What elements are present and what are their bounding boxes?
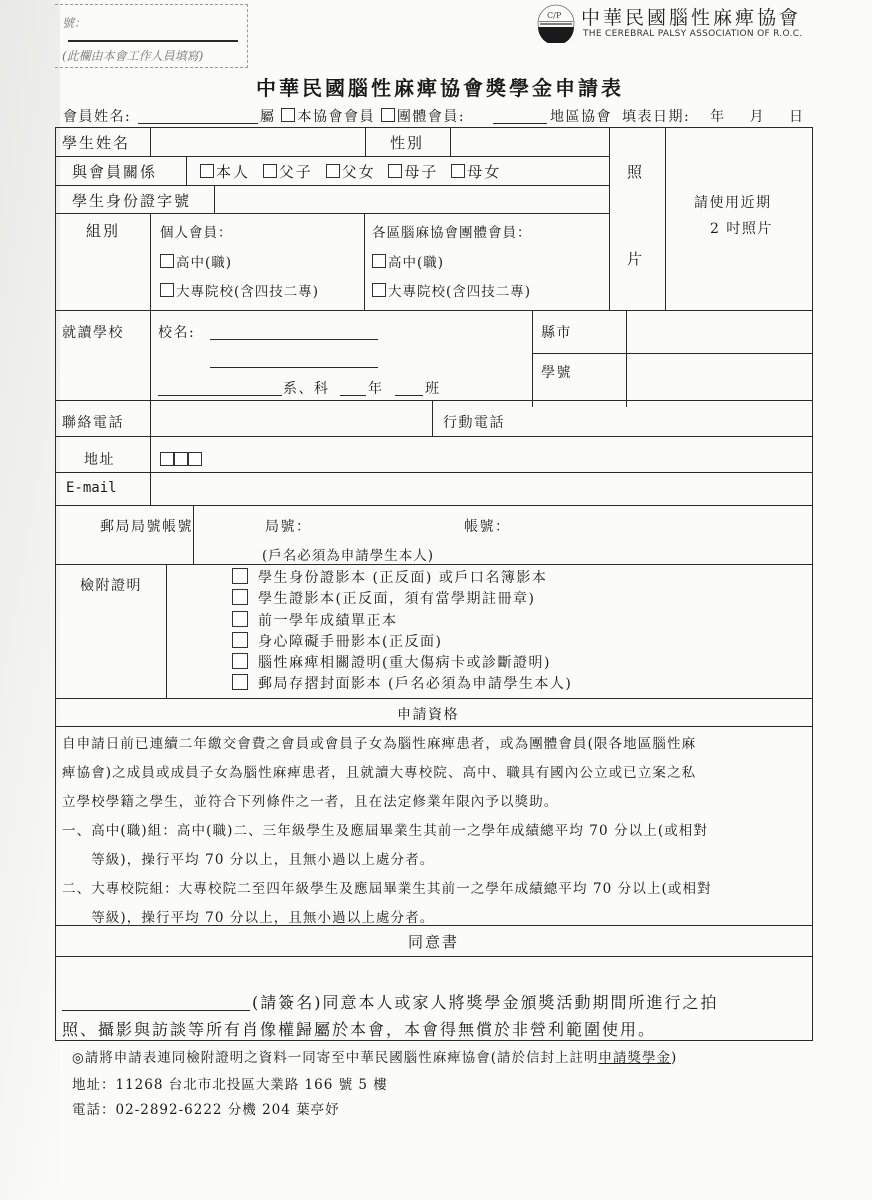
row-divider [55, 956, 813, 957]
class-label: 班 [425, 378, 441, 398]
row-divider [55, 472, 813, 473]
col-divider [150, 310, 151, 505]
col-divider [214, 185, 215, 213]
relation-option-mother-son[interactable]: 母子 [388, 163, 438, 181]
attachments-list: 學生身份證影本 (正反面) 或戶口名簿影本 學生證影本(正反面，須有當學期註冊章… [232, 568, 572, 696]
student-id-field[interactable] [216, 187, 606, 211]
address-label: 地址 [84, 449, 115, 469]
consent-heading: 同意書 [408, 931, 459, 952]
class-field[interactable] [395, 395, 423, 396]
group-option-college[interactable]: 大專院校(含四技二專) [372, 280, 531, 300]
account-number-field[interactable] [530, 510, 808, 534]
row-divider [55, 156, 610, 157]
eligibility-heading: 申請資格 [397, 704, 459, 724]
col-divider [626, 310, 627, 407]
cerebral-palsy-association-logo-icon: C/P [535, 3, 577, 43]
group-label: 組別 [86, 220, 120, 241]
school-name-field-line2[interactable] [210, 367, 378, 368]
checkbox-group-member[interactable] [381, 108, 395, 122]
row-divider [55, 726, 813, 727]
col-divider [609, 127, 610, 310]
row-divider [532, 353, 813, 354]
relation-options: 本人 父子 父女 母子 母女 [200, 161, 501, 182]
table-border-top [55, 127, 813, 128]
col-divider [532, 310, 533, 407]
belongs-label: 屬 本協會會員 團體會員: [260, 106, 465, 126]
col-divider [665, 127, 666, 310]
photo-label-bottom: 片 [627, 248, 644, 269]
eligibility-text: 自申請日前已連續二年繳交會費之會員或會員子女為腦性麻痺患者，或為團體會員(限各地… [62, 730, 712, 933]
city-field[interactable] [628, 312, 810, 352]
col-divider [150, 127, 151, 156]
col-divider [365, 127, 366, 156]
email-field[interactable] [152, 474, 810, 503]
consent-text-line1: (請簽名)同意本人或家人將獎學金頒獎活動期間所進行之拍 [252, 990, 719, 1013]
grade-label: 年 [368, 378, 384, 398]
school-name-field[interactable] [210, 339, 378, 340]
col-divider [150, 213, 151, 310]
relation-label: 與會員關係 [72, 161, 157, 182]
branch-number-label: 局號： [265, 516, 312, 536]
attachment-item[interactable]: 前一學年成績單正本 [232, 611, 572, 632]
table-border-bottom [55, 1040, 813, 1041]
relation-option-father-son[interactable]: 父子 [263, 163, 313, 181]
attachment-item[interactable]: 身心障礙手冊影本(正反面) [232, 632, 572, 653]
gender-field[interactable] [453, 130, 607, 154]
form-title: 中華民國腦性麻痺協會獎學金申請表 [256, 72, 624, 101]
member-name-field[interactable] [138, 123, 258, 124]
row-divider [55, 213, 610, 214]
grade-field[interactable] [340, 395, 366, 396]
school-label: 就讀學校 [62, 322, 124, 342]
group-member-label: 各區腦麻協會團體會員： [372, 221, 532, 241]
table-border-left [55, 127, 56, 1041]
school-name-label: 校名: [158, 322, 195, 342]
attachments-label: 檢附證明 [80, 575, 142, 595]
gender-label: 性別 [390, 132, 424, 153]
photo-label-top: 照 [627, 161, 644, 182]
association-phone: 電話：02-2892-6222 分機 204 葉亭妤 [72, 1098, 340, 1118]
individual-member-label: 個人會員： [160, 221, 233, 241]
mailing-instruction: ◎請將申請表連同檢附證明之資料一同寄至中華民國腦性麻痺協會(請於信封上註明申請獎… [72, 1046, 677, 1066]
row-divider [55, 698, 813, 699]
paper-fold-shadow [0, 0, 60, 1200]
relation-option-self[interactable]: 本人 [200, 163, 250, 181]
branch-number-field[interactable] [320, 510, 460, 534]
student-name-label: 學生姓名 [62, 132, 130, 153]
col-divider [364, 213, 365, 310]
organization-name-cn: 中華民國腦性麻痺協會 [581, 3, 801, 30]
address-field[interactable] [210, 438, 810, 470]
application-form-page: 號： (此欄由本會工作人員填寫) C/P 中華民國腦性麻痺協會 THE CERE… [0, 0, 872, 1200]
table-border-right [812, 127, 813, 1041]
row-divider [55, 436, 813, 437]
staff-note: (此欄由本會工作人員填寫) [62, 47, 203, 64]
student-number-field[interactable] [628, 355, 810, 399]
relation-option-father-daughter[interactable]: 父女 [326, 163, 376, 181]
svg-text:C/P: C/P [547, 11, 562, 20]
attachment-item[interactable]: 郵局存摺封面影本 (戶名必須為申請學生本人) [232, 674, 572, 695]
mobile-field[interactable] [540, 402, 810, 434]
association-address: 地址：11268 台北市北投區大業路 166 號 5 樓 [72, 1073, 388, 1093]
student-number-label: 學號 [541, 362, 572, 382]
department-label: 系、科 [283, 378, 330, 398]
col-divider [193, 505, 194, 564]
attachment-item[interactable]: 腦性麻痺相關證明(重大傷病卡或診斷證明) [232, 653, 572, 674]
consent-text-line2: 照、攝影與訪談等所有肖像權歸屬於本會，本會得無償於非營利範圍使用。 [62, 1017, 656, 1040]
phone-label: 聯絡電話 [62, 412, 124, 432]
postal-account-label: 郵局局號帳號 [100, 516, 193, 536]
relation-option-mother-daughter[interactable]: 母女 [451, 163, 501, 181]
student-name-field[interactable] [152, 130, 362, 154]
account-number-label: 帳號： [464, 516, 511, 536]
col-divider [450, 127, 451, 156]
row-divider [55, 505, 813, 506]
row-divider [55, 185, 610, 186]
col-divider [166, 564, 167, 698]
staff-number-label: 號： [62, 14, 86, 31]
photo-hint-line1: 請使用近期 [694, 192, 772, 212]
signature-field[interactable] [62, 1010, 250, 1011]
student-id-label: 學生身份證字號 [72, 190, 191, 211]
attachment-item[interactable]: 學生證影本(正反面，須有當學期註冊章) [232, 589, 572, 610]
organization-name-en: THE CEREBRAL PALSY ASSOCIATION OF R.O.C. [583, 29, 802, 39]
department-field[interactable] [158, 395, 282, 396]
member-name-label: 會員姓名: [63, 106, 131, 126]
individual-option-college[interactable]: 大專院校(含四技二專) [160, 280, 319, 300]
col-divider [186, 156, 187, 185]
group-member-region-field[interactable] [493, 123, 547, 124]
city-label: 縣市 [541, 322, 572, 342]
email-label: E-mail [66, 480, 117, 496]
checkbox-individual-member[interactable] [281, 108, 295, 122]
mobile-label: 行動電話 [443, 412, 505, 432]
attachment-item[interactable]: 學生身份證影本 (正反面) 或戶口名簿影本 [232, 568, 572, 589]
phone-field[interactable] [152, 402, 430, 434]
row-divider [55, 400, 813, 401]
postal-account-note: (戶名必須為申請學生本人) [262, 544, 434, 564]
row-divider [55, 564, 813, 565]
photo-hint-line2: 2 吋照片 [710, 218, 773, 238]
group-option-highschool[interactable]: 高中(職) [372, 251, 444, 271]
staff-number-field[interactable] [68, 40, 238, 42]
postal-code-boxes[interactable] [160, 450, 202, 469]
individual-option-highschool[interactable]: 高中(職) [160, 251, 232, 271]
row-divider [55, 310, 813, 311]
col-divider [432, 400, 433, 436]
date-section: 地區協會 填表日期: 年 月 日 [550, 106, 805, 126]
